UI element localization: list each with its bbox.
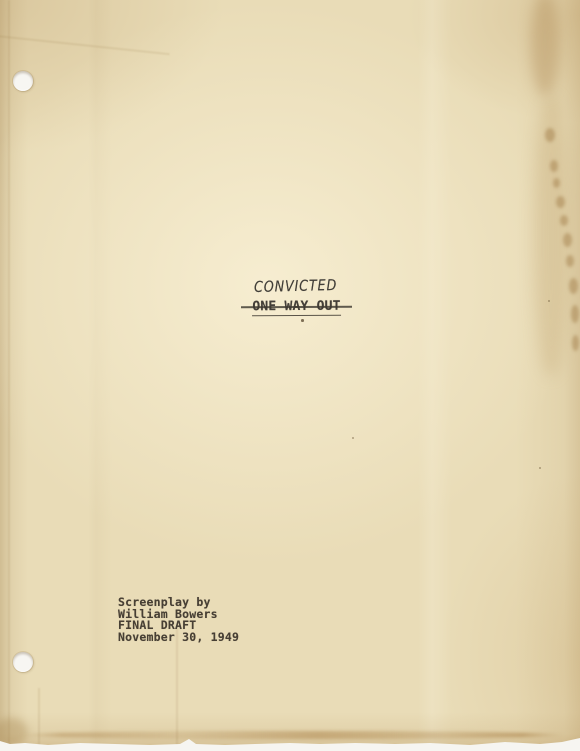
- stain-spot: [553, 178, 560, 188]
- stain-line-bottom-edge: [18, 731, 566, 739]
- stain-spot: [572, 335, 579, 351]
- stray-ink-dot: [301, 319, 304, 322]
- paper-crease-bottom-1: [38, 688, 40, 746]
- paper-crease-left-edge: [8, 0, 10, 746]
- punch-hole-top: [13, 71, 33, 91]
- punch-hole-bottom: [13, 652, 33, 672]
- scan-background: CONVICTED ONE WAY OUT Screenplay by Will…: [0, 0, 580, 751]
- stain-spot: [571, 305, 579, 323]
- stain-spot: [569, 278, 578, 294]
- script-cover-page: CONVICTED ONE WAY OUT Screenplay by Will…: [0, 0, 580, 746]
- stain-spot: [545, 128, 555, 142]
- paper-speck: [548, 300, 550, 302]
- stain-spot: [563, 233, 572, 247]
- paper-crease-bottom-2: [176, 628, 178, 746]
- stain-spot: [566, 255, 574, 267]
- struck-typed-title-text: ONE WAY OUT: [252, 299, 340, 316]
- water-stain-top-right: [531, 0, 559, 96]
- stain-spot: [550, 160, 558, 172]
- handwritten-title: CONVICTED: [254, 276, 337, 296]
- credits-block: Screenplay by William Bowers FINAL DRAFT…: [118, 597, 239, 644]
- paper-speck: [539, 467, 541, 469]
- water-stain-right-edge: [534, 96, 568, 376]
- paper-crease-top-left: [0, 35, 170, 55]
- struck-typed-title: ONE WAY OUT: [240, 299, 353, 315]
- paper-speck: [352, 437, 354, 439]
- stain-spot: [556, 196, 565, 208]
- stain-spot: [560, 215, 568, 226]
- credit-line-date: November 30, 1949: [118, 632, 239, 644]
- wear-stain-bottom-left: [0, 718, 28, 746]
